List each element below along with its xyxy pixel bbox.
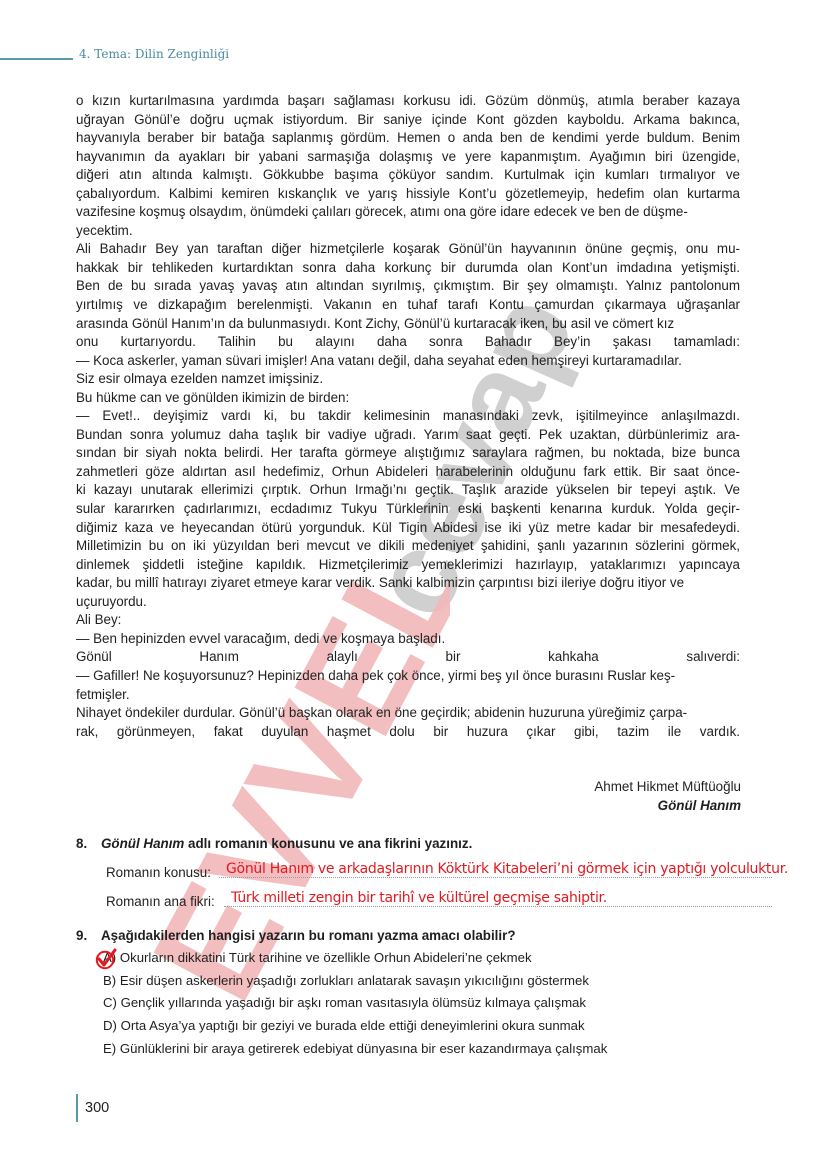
option-a-text: A) Okurların dikkatini Türk tarihine ve … <box>103 950 532 965</box>
question-8: 8.Gönül Hanım adlı romanın konusunu ve a… <box>76 836 756 913</box>
passage-line: hakkak bir tehlikeden kurtardıktan sonra… <box>76 259 740 278</box>
book-title: Gönül Hanım <box>594 797 741 816</box>
passage-line: — Ben hepinizden evvel varacağım, dedi v… <box>76 630 740 649</box>
passage-line: arasında Gönül Hanım’ın da bulunmasıydı.… <box>76 315 740 334</box>
passage-line: Ali Bahadır Bey yan taraftan diğer hizme… <box>76 240 740 259</box>
passage-line: — Evet!.. deyişimiz vardı ki, bu takdir … <box>76 407 740 426</box>
passage-line: Ali Bey: <box>76 611 740 630</box>
passage-line: uğrayan Gönül’e doğru uçmak istiyordum. … <box>76 111 740 130</box>
passage-line: uçuruyordu. <box>76 593 740 612</box>
passage-line: Ben de bu sırada yavaş yavaş atın altınd… <box>76 277 740 296</box>
question-number: 8. <box>76 836 101 851</box>
option-c-text: C) Gençlik yıllarında yaşadığı bir aşkı … <box>103 995 586 1010</box>
question-9-title: 9.Aşağıdakilerden hangisi yazarın bu rom… <box>76 928 756 943</box>
question-number: 9. <box>76 928 101 943</box>
option-a[interactable]: A) Okurların dikkatini Türk tarihine ve … <box>103 947 756 970</box>
passage-line: sular kararırken çadırlarımızı, ecdadımı… <box>76 500 740 519</box>
passage-line: Bu hükme can ve gönülden ikimizin de bir… <box>76 389 740 408</box>
footer-rule <box>76 1094 78 1122</box>
passage-line: hayvanıyla beraber bir batağa saplanmış … <box>76 129 740 148</box>
subject-label: Romanın konusu: <box>106 865 211 880</box>
passage-line: diğimiz kaza ve heyecandan ötürü yorgund… <box>76 519 740 538</box>
answer-options: A) Okurların dikkatini Türk tarihine ve … <box>103 947 756 1061</box>
passage-line: dinlemek şiddetli isteğine kapıldık. Hiz… <box>76 556 740 575</box>
passage-line: hayvanımın da ayakları bir yabani sarmaş… <box>76 148 740 167</box>
option-d-text: D) Orta Asya’ya yaptığı bir geziyi ve bu… <box>103 1018 585 1033</box>
passage-line: Gönül Hanım alaylı bir kahkaha salıverdi… <box>76 648 740 667</box>
passage-line: Siz esir olmaya ezelden namzet imişsiniz… <box>76 370 740 389</box>
passage-line: Bundan sonra yolumuz daha taşlık bir vad… <box>76 426 740 445</box>
passage-line: çabalıyordum. Kalbimi kemiren kıskançlık… <box>76 185 740 204</box>
passage-line: — Gafiller! Ne koşuyorsunuz? Hepinizden … <box>76 667 740 686</box>
option-e[interactable]: E) Günlüklerini bir araya getirerek edeb… <box>103 1038 756 1061</box>
passage-line: vazifesine koşmuş olsaydım, önümdeki çal… <box>76 203 740 222</box>
main-idea-label: Romanın ana fikri: <box>106 894 215 909</box>
question-8-title: 8.Gönül Hanım adlı romanın konusunu ve a… <box>76 836 756 851</box>
question-8-prompt: adlı romanın konusunu ve ana fikrini yaz… <box>184 836 472 851</box>
option-c[interactable]: C) Gençlik yıllarında yaşadığı bir aşkı … <box>103 992 756 1015</box>
option-b-text: B) Esir düşen askerlerin yaşadığı zorluk… <box>103 973 589 988</box>
passage-line: o kızın kurtarılmasına yardımda başarı s… <box>76 92 740 111</box>
passage-line: yırtılmış ve dizkapağım berelenmişti. Va… <box>76 296 740 315</box>
option-b[interactable]: B) Esir düşen askerlerin yaşadığı zorluk… <box>103 970 756 993</box>
attribution: Ahmet Hikmet Müftüoğlu Gönül Hanım <box>594 778 741 815</box>
passage-line: Milletimizin bu on iki yüzyıldan beri me… <box>76 537 740 556</box>
author-name: Ahmet Hikmet Müftüoğlu <box>594 778 741 797</box>
passage-line: Nihayet öndekiler durdular. Gönül’ü başk… <box>76 704 740 723</box>
header-rule <box>0 58 73 60</box>
page-number: 300 <box>85 1100 109 1116</box>
question-8-book-name: Gönül Hanım <box>101 836 184 851</box>
passage-line: ki kazayı unutarak ellerimizi çırptık. O… <box>76 481 740 500</box>
main-idea-answer-line <box>224 906 772 907</box>
passage-line: onu kurtarıyordu. Talihin bu alayını dah… <box>76 333 740 352</box>
running-header: 4. Tema: Dilin Zenginliği <box>0 47 400 65</box>
passage-line: kadar, bu millî hatırayı ziyaret etmeye … <box>76 574 740 593</box>
option-d[interactable]: D) Orta Asya’ya yaptığı bir geziyi ve bu… <box>103 1015 756 1038</box>
passage-line: — Koca askerler, yaman süvari imişler! A… <box>76 352 740 371</box>
subject-answer-line <box>219 877 772 878</box>
question-9-prompt: Aşağıdakilerden hangisi yazarın bu roman… <box>101 928 516 943</box>
subject-answer[interactable]: Gönül Hanım ve arkadaşlarının Köktürk Ki… <box>226 861 788 877</box>
passage-line: yecektim. <box>76 222 740 241</box>
option-e-text: E) Günlüklerini bir araya getirerek edeb… <box>103 1041 607 1056</box>
chapter-title: 4. Tema: Dilin Zenginliği <box>79 47 229 61</box>
passage-line: diğeri atın altında kalmıştı. Gökkubbe b… <box>76 166 740 185</box>
subject-answer-row[interactable]: Romanın konusu: Gönül Hanım ve arkadaşla… <box>106 855 756 884</box>
reading-passage: o kızın kurtarılmasına yardımda başarı s… <box>76 92 740 741</box>
passage-line: rak, görünmeyen, fakat duyulan haşmet do… <box>76 723 740 742</box>
passage-line: zahmetleri göze aldırtan asıl hedefimiz,… <box>76 463 740 482</box>
passage-line: fetmişler. <box>76 686 740 705</box>
main-idea-answer[interactable]: Türk milleti zengin bir tarihî ve kültür… <box>231 890 607 906</box>
main-idea-answer-row[interactable]: Romanın ana fikri: Türk milleti zengin b… <box>106 884 756 913</box>
check-mark-icon <box>95 948 117 970</box>
question-9: 9.Aşağıdakilerden hangisi yazarın bu rom… <box>76 928 756 1061</box>
passage-line: sından bir siyah nokta belirdi. Her tara… <box>76 444 740 463</box>
